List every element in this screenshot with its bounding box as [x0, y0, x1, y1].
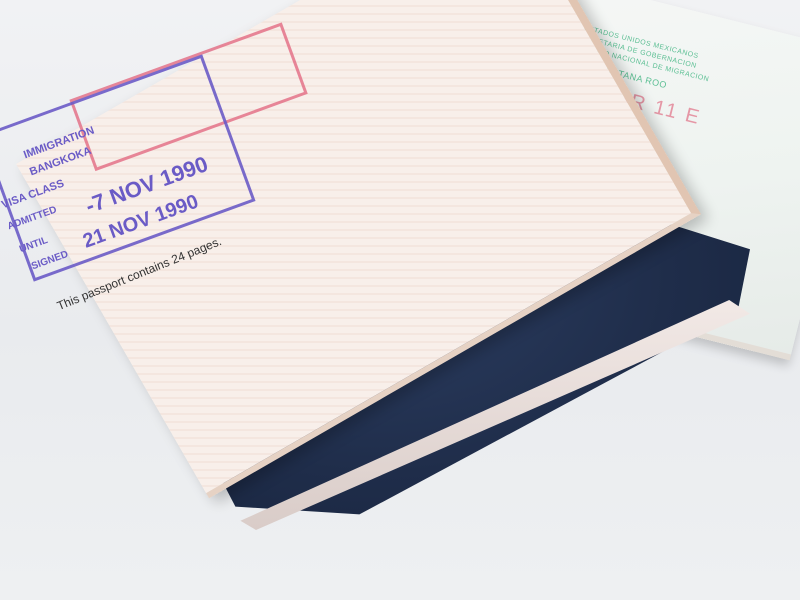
- photo-scene: ✺ ✈ ESTADOS UNIDOS MEXICANOS SECRETARIA …: [0, 0, 800, 600]
